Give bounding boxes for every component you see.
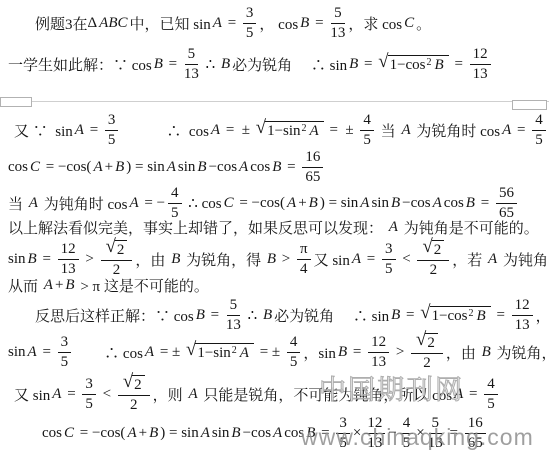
math-token: 3 bbox=[246, 5, 254, 22]
fraction: 35 bbox=[82, 376, 96, 413]
math-token: A bbox=[238, 345, 251, 362]
math-token: + bbox=[298, 195, 306, 212]
math-token: 4 bbox=[535, 112, 543, 129]
math-token: 16 bbox=[305, 149, 320, 166]
math-token: B bbox=[298, 15, 311, 32]
math-token: 又 sin bbox=[314, 249, 350, 270]
math-token: C bbox=[402, 15, 416, 32]
math-token: 中，已知 sin bbox=[130, 13, 211, 34]
math-token: B bbox=[433, 57, 446, 74]
math-token: B bbox=[265, 251, 278, 268]
math-token: 5 bbox=[230, 297, 238, 314]
fraction: 513 bbox=[226, 297, 241, 334]
line-correct-solution-2: sinA = 35 ∴ cosA = ± √1−sin2A = ± 45，sin… bbox=[8, 333, 549, 371]
math-token: B bbox=[63, 277, 76, 294]
math-token: 13 bbox=[226, 317, 241, 334]
math-token: 2 bbox=[426, 57, 433, 68]
math-token: ，由 bbox=[446, 342, 480, 363]
math-token: B bbox=[261, 307, 274, 324]
math-token: cos bbox=[42, 425, 62, 442]
math-token: sin bbox=[178, 159, 196, 176]
math-token: B bbox=[307, 195, 320, 212]
fraction: 45 bbox=[532, 112, 546, 149]
math-token: 反思后这样正解：∵ cos bbox=[35, 305, 194, 326]
math-token: 4 bbox=[363, 112, 371, 129]
radical-icon: √ bbox=[256, 119, 266, 138]
math-token: 为锐角，得 bbox=[182, 249, 265, 270]
math-token: 2 bbox=[130, 397, 138, 414]
line-student-solution-1: 一学生如此解：∵ cosB = 513 ∴ B必为锐角 ∴ sinB = √1−… bbox=[8, 45, 494, 83]
math-token: B bbox=[229, 425, 242, 442]
math-token: 1−cos bbox=[390, 57, 426, 74]
math-token: A bbox=[209, 122, 222, 139]
math-token: = ± bbox=[222, 122, 254, 139]
math-token: ) = sin bbox=[126, 159, 164, 176]
math-token: + bbox=[55, 277, 63, 294]
math-token: 当 bbox=[8, 193, 27, 214]
math-token: 2 bbox=[423, 355, 431, 372]
math-token: C bbox=[222, 195, 236, 212]
math-token: sin bbox=[8, 344, 26, 361]
fraction: 35 bbox=[105, 112, 119, 149]
radical-icon: √ bbox=[416, 331, 426, 350]
square-root: √1−sin2A bbox=[186, 343, 254, 362]
math-token: ) = sin bbox=[320, 195, 358, 212]
math-token: A bbox=[50, 386, 63, 403]
math-token: = bbox=[360, 56, 376, 73]
math-token: = bbox=[451, 56, 467, 73]
math-token: 1−sin bbox=[267, 123, 300, 140]
math-token: 12 bbox=[371, 334, 386, 351]
math-token: A bbox=[486, 251, 499, 268]
math-token: = ± bbox=[256, 344, 284, 361]
math-token: 又 sin bbox=[14, 384, 50, 405]
fraction: √22 bbox=[101, 240, 133, 279]
fraction: 35 bbox=[382, 241, 396, 278]
math-token: 3 bbox=[61, 334, 69, 351]
math-token: A bbox=[358, 195, 371, 212]
radical-icon: √ bbox=[420, 304, 430, 323]
math-token: = − bbox=[141, 195, 165, 212]
math-token: 2 bbox=[117, 242, 125, 259]
math-token: 12 bbox=[473, 46, 488, 63]
math-token: 12 bbox=[515, 297, 530, 314]
math-token: ∴ bbox=[202, 55, 219, 74]
math-token: B bbox=[195, 159, 208, 176]
math-token: A bbox=[500, 122, 513, 139]
math-token: ABC bbox=[97, 15, 129, 32]
math-token: 12 bbox=[61, 241, 76, 258]
math-token: ，求 cos bbox=[348, 13, 402, 34]
fraction: 1213 bbox=[368, 334, 389, 371]
math-token: = bbox=[224, 15, 240, 32]
math-token: = bbox=[207, 307, 223, 324]
math-token: 为锐角时 cos bbox=[413, 120, 501, 141]
fraction: √22 bbox=[417, 240, 449, 279]
radical-icon: √ bbox=[106, 238, 116, 257]
math-token: = bbox=[165, 56, 181, 73]
math-token: 又 ∵ sin bbox=[14, 120, 73, 141]
math-token: A bbox=[431, 195, 444, 212]
math-token: = bbox=[86, 122, 102, 139]
math-token: ，则 bbox=[153, 384, 187, 405]
math-token: ) = sin bbox=[160, 425, 198, 442]
math-token: 4 bbox=[290, 334, 298, 351]
math-token: 2 bbox=[301, 123, 308, 134]
math-token: + bbox=[105, 159, 113, 176]
document-page: 例题3在ΔABC中，已知 sinA = 35， cosB = 513，求 cos… bbox=[0, 0, 549, 451]
math-token: 5 bbox=[188, 46, 196, 63]
math-token: < bbox=[399, 251, 415, 268]
math-token: 13 bbox=[515, 317, 530, 334]
math-token: 4 bbox=[171, 185, 179, 202]
line-student-solution-2: 又 ∵ sinA = 35 ∴ cosA = ± √1−sin2A = ± 45… bbox=[14, 111, 549, 149]
math-token: = bbox=[465, 386, 481, 403]
math-token: A bbox=[186, 386, 199, 403]
math-token: + bbox=[139, 425, 147, 442]
math-token: B bbox=[336, 344, 349, 361]
page-break-tab-right bbox=[512, 100, 547, 110]
square-root: √1−sin2A bbox=[256, 121, 324, 140]
math-token: B bbox=[464, 195, 477, 212]
line-reflection-conclusion: 从而 A+B > π 这是不可能的。 bbox=[8, 275, 209, 295]
math-token: A bbox=[285, 195, 298, 212]
math-token: ，sin bbox=[303, 342, 336, 363]
math-token: = bbox=[493, 307, 509, 324]
page-break-tab-left bbox=[0, 97, 32, 107]
math-token: = −cos( bbox=[76, 425, 125, 442]
math-token: B bbox=[169, 251, 182, 268]
fraction: 35 bbox=[243, 5, 257, 42]
math-token: = bbox=[477, 195, 493, 212]
math-token: 从而 bbox=[8, 275, 42, 296]
math-token: = −cos( bbox=[236, 195, 285, 212]
square-root: √1−cos2B bbox=[378, 55, 448, 74]
math-token: 3 bbox=[108, 112, 116, 129]
math-token: ，若 bbox=[452, 249, 486, 270]
math-token: A bbox=[387, 219, 400, 236]
math-token: 13 bbox=[371, 354, 386, 371]
fraction: 45 bbox=[360, 112, 374, 149]
math-token: −cos bbox=[209, 159, 237, 176]
math-token: = bbox=[39, 251, 55, 268]
fraction: 45 bbox=[484, 376, 498, 413]
math-token: 4 bbox=[300, 261, 308, 278]
math-token: = ± bbox=[156, 344, 184, 361]
math-token: 5 bbox=[290, 354, 298, 371]
math-token: 2 bbox=[430, 262, 438, 279]
math-token: B bbox=[270, 159, 283, 176]
math-token: A bbox=[165, 159, 178, 176]
math-token: = bbox=[283, 159, 299, 176]
math-token: = bbox=[63, 386, 79, 403]
fraction: π4 bbox=[297, 241, 311, 278]
math-token: B bbox=[194, 307, 207, 324]
math-token: 为钝角是不可能的。 bbox=[400, 217, 539, 238]
math-token: B bbox=[152, 56, 165, 73]
math-token: ∴ cos bbox=[121, 120, 209, 141]
math-token: 2 bbox=[427, 335, 435, 352]
math-token: A bbox=[127, 195, 140, 212]
math-token: B bbox=[347, 56, 360, 73]
math-token: ，又∵ bbox=[536, 305, 549, 326]
math-token: −cos bbox=[243, 425, 271, 442]
math-token: = bbox=[363, 251, 379, 268]
fraction: 1213 bbox=[512, 297, 533, 334]
math-token: cos bbox=[444, 195, 464, 212]
math-token: ∴ bbox=[244, 306, 261, 325]
math-token: cos bbox=[8, 159, 28, 176]
math-token: = bbox=[513, 122, 529, 139]
math-token: = bbox=[402, 307, 418, 324]
math-token: A bbox=[399, 122, 412, 139]
math-token: ， cos bbox=[259, 13, 298, 34]
math-token: 5 bbox=[487, 396, 495, 413]
fraction: √22 bbox=[118, 375, 150, 414]
radical-icon: √ bbox=[378, 53, 388, 72]
math-token: A bbox=[237, 159, 250, 176]
math-token: A bbox=[211, 15, 224, 32]
math-token: 必为锐角 ∴ sin bbox=[274, 305, 389, 326]
math-token: 3 bbox=[385, 241, 393, 258]
math-token: 5 bbox=[61, 354, 69, 371]
math-token: = bbox=[349, 344, 365, 361]
math-token: 为锐角，得 bbox=[493, 342, 549, 363]
fraction: 1213 bbox=[58, 241, 79, 278]
watermark-logo-text: 中国期刊网 bbox=[319, 376, 464, 406]
math-token: cos bbox=[250, 159, 270, 176]
math-token: sin bbox=[212, 425, 230, 442]
math-token: 5 bbox=[363, 132, 371, 149]
math-token: A bbox=[308, 123, 321, 140]
math-token: B bbox=[219, 56, 232, 73]
line-problem-statement: 例题3在ΔABC中，已知 sinA = 35， cosB = 513，求 cos… bbox=[35, 4, 431, 42]
math-token: = bbox=[311, 15, 327, 32]
fraction: 35 bbox=[58, 334, 72, 371]
line-reflection-reasoning: sinB = 1213 > √22，由 B 为锐角，得 B > π4又 sinA… bbox=[8, 240, 549, 278]
math-token: 4 bbox=[487, 376, 495, 393]
math-token: = −cos( bbox=[42, 159, 91, 176]
math-token: = bbox=[39, 344, 55, 361]
math-token: < bbox=[99, 386, 115, 403]
math-token: 1−sin bbox=[197, 345, 230, 362]
math-token: A bbox=[27, 195, 40, 212]
math-token: > bbox=[392, 344, 408, 361]
math-token: 5 bbox=[108, 132, 116, 149]
math-token: A bbox=[73, 122, 86, 139]
math-token: A bbox=[271, 425, 284, 442]
fraction: 513 bbox=[330, 5, 345, 42]
math-token: A bbox=[42, 277, 55, 294]
math-token: sin bbox=[371, 195, 389, 212]
math-token: > π 这是不可能的。 bbox=[77, 275, 209, 296]
line-correct-solution-1: 反思后这样正解：∵ cosB = 513 ∴ B必为锐角 ∴ sinB = √1… bbox=[35, 296, 549, 334]
math-token: 5 bbox=[535, 132, 543, 149]
fraction: 45 bbox=[287, 334, 301, 371]
fraction: √22 bbox=[411, 333, 443, 372]
math-token: B bbox=[113, 159, 126, 176]
square-root: √2 bbox=[416, 333, 438, 352]
math-token: π bbox=[300, 241, 308, 258]
math-token: 2 bbox=[231, 345, 238, 356]
math-token: 56 bbox=[499, 185, 514, 202]
math-token: B bbox=[475, 308, 488, 325]
math-token: ∴ cos bbox=[185, 194, 222, 213]
math-token: B bbox=[26, 251, 39, 268]
math-token: 13 bbox=[473, 66, 488, 83]
math-token: B bbox=[389, 195, 402, 212]
math-token: 13 bbox=[330, 25, 345, 42]
math-token: 65 bbox=[305, 169, 320, 186]
math-token: −cos bbox=[402, 195, 430, 212]
math-token: B bbox=[389, 307, 402, 324]
math-token: C bbox=[62, 425, 76, 442]
square-root: √2 bbox=[106, 240, 128, 259]
math-token: 13 bbox=[184, 66, 199, 83]
math-token: B bbox=[480, 344, 493, 361]
square-root: √1−cos2B bbox=[420, 306, 490, 325]
math-token: 一学生如此解：∵ cos bbox=[8, 54, 152, 75]
math-token: 必为锐角 ∴ sin bbox=[232, 54, 347, 75]
math-token: 2 bbox=[134, 377, 142, 394]
math-token: 3 bbox=[85, 376, 93, 393]
math-token: 2 bbox=[468, 308, 475, 319]
math-token: 为钝角时 cos bbox=[40, 193, 128, 214]
math-token: 例题3在 bbox=[35, 13, 88, 34]
math-token: 5 bbox=[85, 396, 93, 413]
math-token: > bbox=[278, 251, 294, 268]
math-token: A bbox=[350, 251, 363, 268]
math-token: 5 bbox=[246, 25, 254, 42]
fraction: 1213 bbox=[470, 46, 491, 83]
math-token: A bbox=[125, 425, 138, 442]
radical-icon: √ bbox=[422, 238, 432, 257]
math-token: ∴ cos bbox=[74, 342, 143, 363]
square-root: √2 bbox=[123, 375, 145, 394]
math-token: A bbox=[26, 344, 39, 361]
math-token: 当 bbox=[377, 120, 400, 141]
math-token: A bbox=[199, 425, 212, 442]
math-token: sin bbox=[8, 251, 26, 268]
square-root: √2 bbox=[422, 240, 444, 259]
math-token: 5 bbox=[334, 5, 342, 22]
math-token: Δ bbox=[88, 15, 98, 32]
math-token: ，由 bbox=[135, 249, 169, 270]
math-token: C bbox=[28, 159, 42, 176]
page-break-line bbox=[0, 101, 549, 102]
math-token: B bbox=[147, 425, 160, 442]
watermark-url-text: www.chinaqking.com bbox=[301, 424, 534, 451]
math-token: 以上解法看似完美，事实上却错了，如果反思可以发现： bbox=[8, 217, 387, 238]
math-token: 2 bbox=[434, 242, 442, 259]
math-token: > bbox=[82, 251, 98, 268]
math-token: 1−cos bbox=[432, 308, 468, 325]
math-token: A bbox=[143, 344, 156, 361]
math-token: 5 bbox=[385, 261, 393, 278]
radical-icon: √ bbox=[123, 373, 133, 392]
math-token: = ± bbox=[326, 122, 358, 139]
line-student-solution-3: cosC = −cos(A+B) = sinAsinB−cosAcosB = 1… bbox=[8, 148, 326, 186]
fraction: 1665 bbox=[302, 149, 323, 186]
fraction: 513 bbox=[184, 46, 199, 83]
radical-icon: √ bbox=[186, 341, 196, 360]
line-reflection-remark: 以上解法看似完美，事实上却错了，如果反思可以发现： A 为钝角是不可能的。 bbox=[8, 217, 539, 237]
math-token: 为钝角，则 bbox=[499, 249, 549, 270]
math-token: 。 bbox=[416, 13, 431, 34]
math-token: A bbox=[91, 159, 104, 176]
